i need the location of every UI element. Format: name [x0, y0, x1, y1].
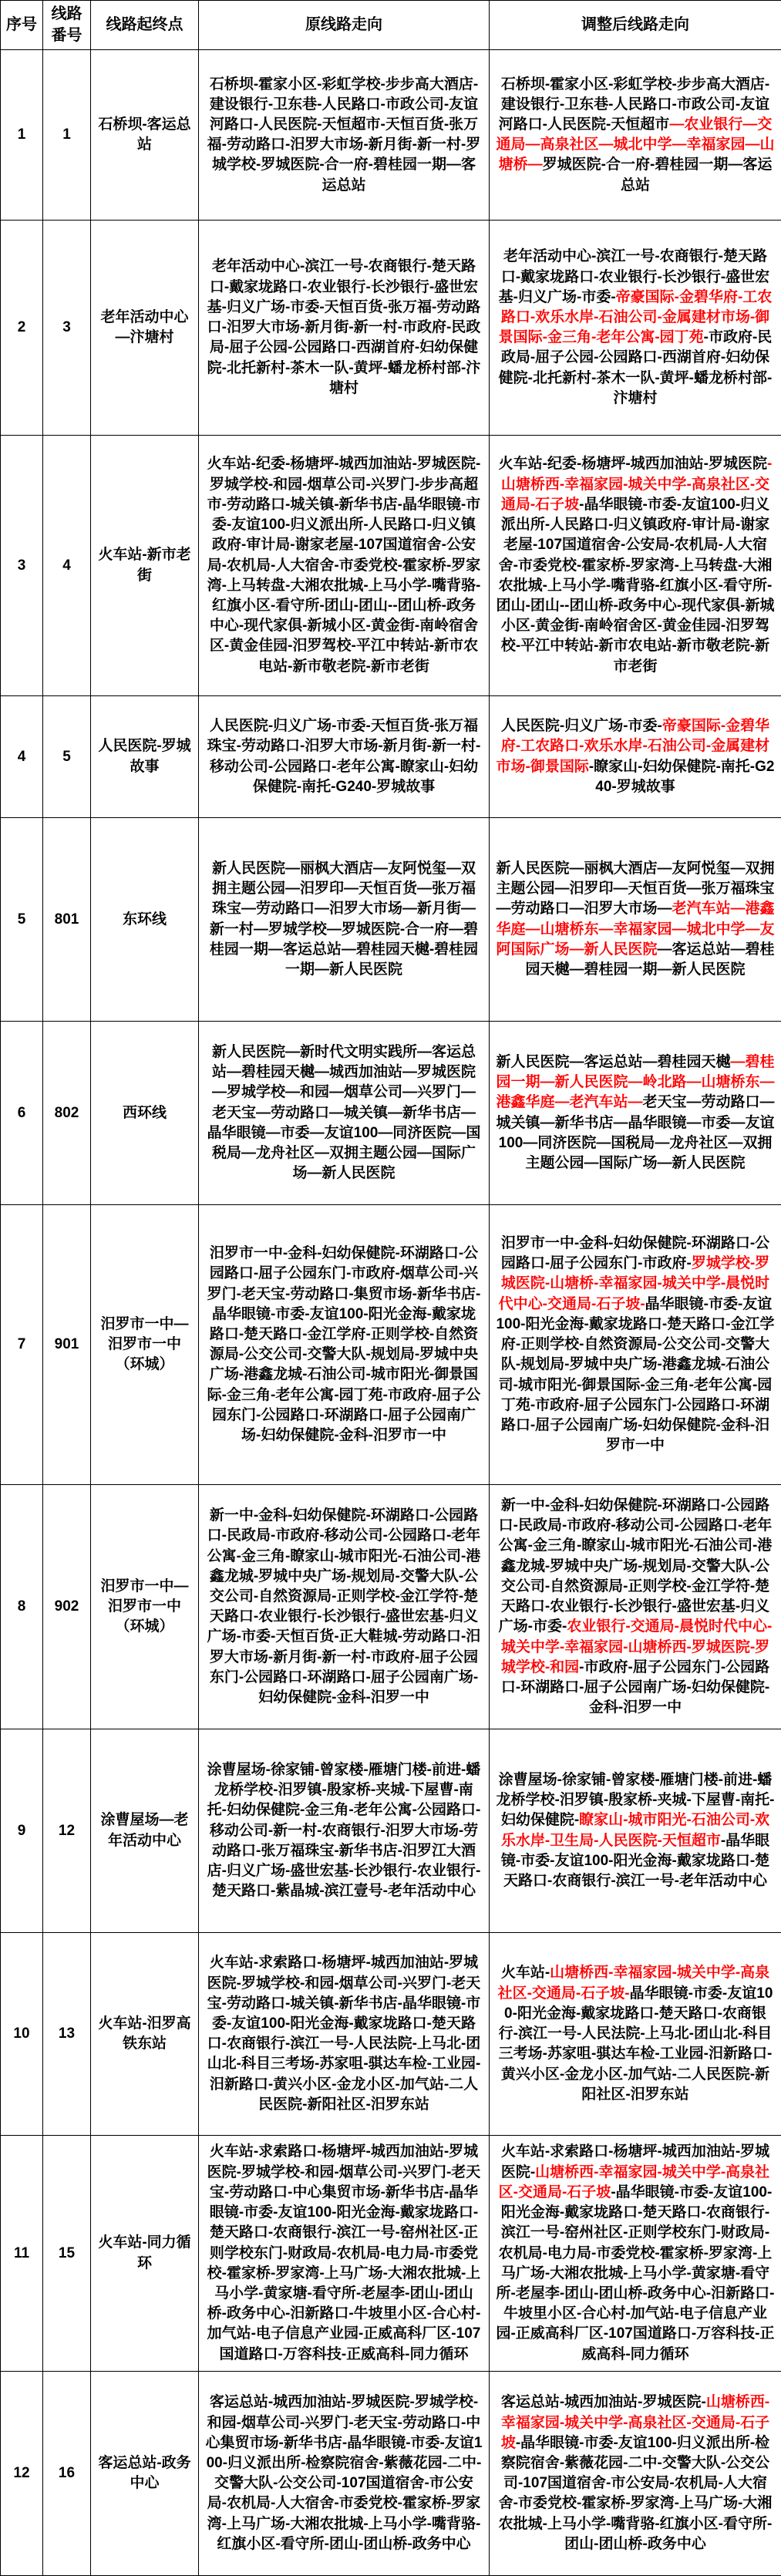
endpoints-cell: 火车站-汨罗高铁东站: [91, 1933, 199, 2136]
original-route-cell: 客运总站-城西加油站-罗城医院-罗城学校-和园-烟草公司-兴罗门-老天宝-劳动路…: [199, 2372, 490, 2576]
seq-cell: 7: [1, 1205, 43, 1485]
endpoints-cell: 西环线: [91, 1022, 199, 1205]
adjusted-route-segment: 晶华眼镜-市委-友谊100-阳光金海-戴家垅路口-楚天路口-农商银行-滨江一号-…: [499, 1985, 773, 2103]
adjusted-route-segment: 客运总站-城西加油站-罗城医院-: [501, 2394, 706, 2410]
seq-cell: 8: [1, 1485, 43, 1729]
original-route-cell: 汨罗市一中-金科-妇幼保健院-环湖路口-公园路口-屈子公园东门-市政府-烟草公司…: [199, 1205, 490, 1485]
adjusted-route-cell: 涂曹屋场-徐家铺-曾家楼-雁塘门楼-前进-蟠龙桥学校-汨罗镇-殷家桥-夹城-下屋…: [490, 1729, 781, 1933]
original-route-cell: 火车站-纪委-杨塘坪-城西加油站-罗城医院-罗城学校-和园-烟草公司-兴罗门-步…: [199, 436, 490, 696]
route-number-cell: 5: [43, 696, 91, 818]
original-route-cell: 新人民医院—新时代文明实践所—客运总站—碧桂园天樾—城西加油站—罗城医院—罗城学…: [199, 1022, 490, 1205]
table-header: 序号 线路番号 线路起终点 原线路走向 调整后线路走向: [1, 1, 781, 50]
table-row: 6802西环线新人民医院—新时代文明实践所—客运总站—碧桂园天樾—城西加油站—罗…: [1, 1022, 781, 1205]
endpoints-cell: 涂曹屋场—老年活动中心: [91, 1729, 199, 1933]
route-number-cell: 902: [43, 1485, 91, 1729]
adjusted-route-cell: 火车站-纪委-杨塘坪-城西加油站-罗城医院-山塘桥西-幸福家园-城关中学-高泉社…: [490, 436, 781, 696]
route-number-cell: 901: [43, 1205, 91, 1485]
original-route-cell: 涂曹屋场-徐家铺-曾家楼-雁塘门楼-前进-蟠龙桥学校-汨罗镇-殷家桥-夹城-下屋…: [199, 1729, 490, 1933]
adjusted-route-segment: 罗城医院-合一府-碧桂园一期—客运总站: [543, 157, 773, 193]
seq-cell: 5: [1, 818, 43, 1022]
route-number-cell: 802: [43, 1022, 91, 1205]
table-row: 7901汨罗市一中—汨罗市一中（环城）汨罗市一中-金科-妇幼保健院-环湖路口-公…: [1, 1205, 781, 1485]
adjusted-route-cell: 人民医院-归义广场-市委-帝豪国际-金碧华府-工农路口-欢乐水岸-石油公司-金属…: [490, 696, 781, 818]
header-original-route: 原线路走向: [199, 1, 490, 50]
table-row: 1013火车站-汨罗高铁东站火车站-求索路口-杨塘坪-城西加油站-罗城医院-罗城…: [1, 1933, 781, 2136]
adjusted-route-segment: 人民医院-归义广场-市委-: [501, 718, 662, 734]
route-number-cell: 16: [43, 2372, 91, 2576]
original-route-cell: 火车站-求索路口-杨塘坪-城西加油站-罗城医院-罗城学校-和园-烟草公司-兴罗门…: [199, 2136, 490, 2372]
route-number-cell: 801: [43, 818, 91, 1022]
endpoints-cell: 火车站-新市老街: [91, 436, 199, 696]
route-table-body: 11石桥坝-客运总站石桥坝-霍家小区-彩虹学校-步步高大酒店-建设银行-卫东巷-…: [1, 50, 781, 2576]
seq-cell: 10: [1, 1933, 43, 2136]
table-row: 45人民医院-罗城故事人民医院-归义广场-市委-天恒百货-张万福珠宝-劳动路口-…: [1, 696, 781, 818]
table-row: 8902汨罗市一中—汨罗市一中（环城）新一中-金科-妇幼保健院-环湖路口-公园路…: [1, 1485, 781, 1729]
adjusted-route-segment: -晶华眼镜-市委-友谊100-归义派出所-人民路口-归义镇政府-审计局-谢家老屋…: [497, 497, 775, 675]
original-route-cell: 新一中-金科-妇幼保健院-环湖路口-公园路口-民政局-市政府-移动公司-公园路口…: [199, 1485, 490, 1729]
table-row: 34火车站-新市老街火车站-纪委-杨塘坪-城西加油站-罗城医院-罗城学校-和园-…: [1, 436, 781, 696]
route-number-cell: 13: [43, 1933, 91, 2136]
table-row: 912涂曹屋场—老年活动中心涂曹屋场-徐家铺-曾家楼-雁塘门楼-前进-蟠龙桥学校…: [1, 1729, 781, 1933]
endpoints-cell: 东环线: [91, 818, 199, 1022]
adjusted-route-segment: 新一中-金科-妇幼保健院-环湖路口-公园路口-民政局-市政府-移动公司-公园路口…: [499, 1497, 773, 1635]
header-route-no: 线路番号: [43, 1, 91, 50]
table-row: 11石桥坝-客运总站石桥坝-霍家小区-彩虹学校-步步高大酒店-建设银行-卫东巷-…: [1, 50, 781, 221]
adjusted-route-cell: 客运总站-城西加油站-罗城医院-山塘桥西-幸福家园-城关中学-高泉社区-交通局-…: [490, 2372, 781, 2576]
adjusted-route-cell: 新人民医院—丽枫大酒店—友阿悦玺—双拥主题公园—汨罗印—天恒百货—张万福珠宝—劳…: [490, 818, 781, 1022]
header-seq: 序号: [1, 1, 43, 50]
adjusted-route-cell: 汨罗市一中-金科-妇幼保健院-环湖路口-公园路口-屈子公园东门-市政府-罗城学校…: [490, 1205, 781, 1485]
seq-cell: 12: [1, 2372, 43, 2576]
adjusted-route-cell: 新一中-金科-妇幼保健院-环湖路口-公园路口-民政局-市政府-移动公司-公园路口…: [490, 1485, 781, 1729]
original-route-cell: 人民医院-归义广场-市委-天恒百货-张万福珠宝-劳动路口-汨罗大市场-新月街-新…: [199, 696, 490, 818]
adjusted-route-cell: 火车站-山塘桥西-幸福家园-城关中学-高泉社区-交通局-石子坡-晶华眼镜-市委-…: [490, 1933, 781, 2136]
original-route-cell: 石桥坝-霍家小区-彩虹学校-步步高大酒店-建设银行-卫东巷-人民路口-市政公司-…: [199, 50, 490, 221]
route-number-cell: 1: [43, 50, 91, 221]
original-route-cell: 新人民医院—丽枫大酒店—友阿悦玺—双拥主题公园—汨罗印—天恒百货—张万福珠宝—劳…: [199, 818, 490, 1022]
seq-cell: 4: [1, 696, 43, 818]
seq-cell: 1: [1, 50, 43, 221]
endpoints-cell: 人民医院-罗城故事: [91, 696, 199, 818]
adjusted-route-cell: 老年活动中心-滨江一号-农商银行-楚天路口-戴家垅路口-农业银行-长沙银行-盛世…: [490, 221, 781, 436]
seq-cell: 11: [1, 2136, 43, 2372]
adjusted-route-segment: 新人民医院—客运总站—碧桂园天樾: [496, 1054, 730, 1070]
adjusted-route-segment: 火车站-: [501, 1965, 550, 1981]
table-row: 1115火车站-同力循环火车站-求索路口-杨塘坪-城西加油站-罗城医院-罗城学校…: [1, 2136, 781, 2372]
endpoints-cell: 火车站-同力循环: [91, 2136, 199, 2372]
header-adjusted-route: 调整后线路走向: [490, 1, 781, 50]
route-number-cell: 3: [43, 221, 91, 436]
endpoints-cell: 汨罗市一中—汨罗市一中（环城）: [91, 1485, 199, 1729]
adjusted-route-segment: -晶华眼镜-市委-友谊100-阳光金海-戴家垅路口-楚天路口-农商银行-滨江一号…: [496, 2184, 774, 2362]
seq-cell: 3: [1, 436, 43, 696]
adjusted-route-segment: 晶华眼镜-市委-友谊100-阳光金海-戴家垅路口-楚天路口-金江学府-正则学校-…: [496, 1296, 774, 1454]
route-number-cell: 4: [43, 436, 91, 696]
adjusted-route-segment: 火车站-纪委-杨塘坪-城西加油站-罗城医院: [499, 456, 767, 472]
bus-route-adjustment-table: 序号 线路番号 线路起终点 原线路走向 调整后线路走向 11石桥坝-客运总站石桥…: [0, 0, 781, 2576]
adjusted-route-cell: 火车站-求索路口-杨塘坪-城西加油站-罗城医院-山塘桥西-幸福家园-城关中学-高…: [490, 2136, 781, 2372]
table-row: 1216客运总站-政务中心客运总站-城西加油站-罗城医院-罗城学校-和园-烟草公…: [1, 2372, 781, 2576]
endpoints-cell: 客运总站-政务中心: [91, 2372, 199, 2576]
table-row: 5801东环线新人民医院—丽枫大酒店—友阿悦玺—双拥主题公园—汨罗印—天恒百货—…: [1, 818, 781, 1022]
adjusted-route-segment: -瞭家山-妇幼保健院-南托-G240-罗城故事: [589, 759, 775, 795]
seq-cell: 2: [1, 221, 43, 436]
endpoints-cell: 老年活动中心—汴塘村: [91, 221, 199, 436]
adjusted-route-cell: 石桥坝-霍家小区-彩虹学校-步步高大酒店-建设银行-卫东巷-人民路口-市政公司-…: [490, 50, 781, 221]
table-row: 23老年活动中心—汴塘村老年活动中心-滨江一号-农商银行-楚天路口-戴家垅路口-…: [1, 221, 781, 436]
adjusted-route-cell: 新人民医院—客运总站—碧桂园天樾—碧桂园一期—新人民医院—岭北路—山塘桥东—港鑫…: [490, 1022, 781, 1205]
route-number-cell: 15: [43, 2136, 91, 2372]
endpoints-cell: 汨罗市一中—汨罗市一中（环城）: [91, 1205, 199, 1485]
endpoints-cell: 石桥坝-客运总站: [91, 50, 199, 221]
header-endpoints: 线路起终点: [91, 1, 199, 50]
original-route-cell: 火车站-求索路口-杨塘坪-城西加油站-罗城医院-罗城学校-和园-烟草公司-兴罗门…: [199, 1933, 490, 2136]
seq-cell: 9: [1, 1729, 43, 1933]
original-route-cell: 老年活动中心-滨江一号-农商银行-楚天路口-戴家垅路口-农业银行-长沙银行-盛世…: [199, 221, 490, 436]
seq-cell: 6: [1, 1022, 43, 1205]
adjusted-route-segment: -晶华眼镜-市委-友谊100-归义派出所-检察院宿舍-紫薇花园-二中-交警大队-…: [499, 2435, 773, 2552]
route-number-cell: 12: [43, 1729, 91, 1933]
